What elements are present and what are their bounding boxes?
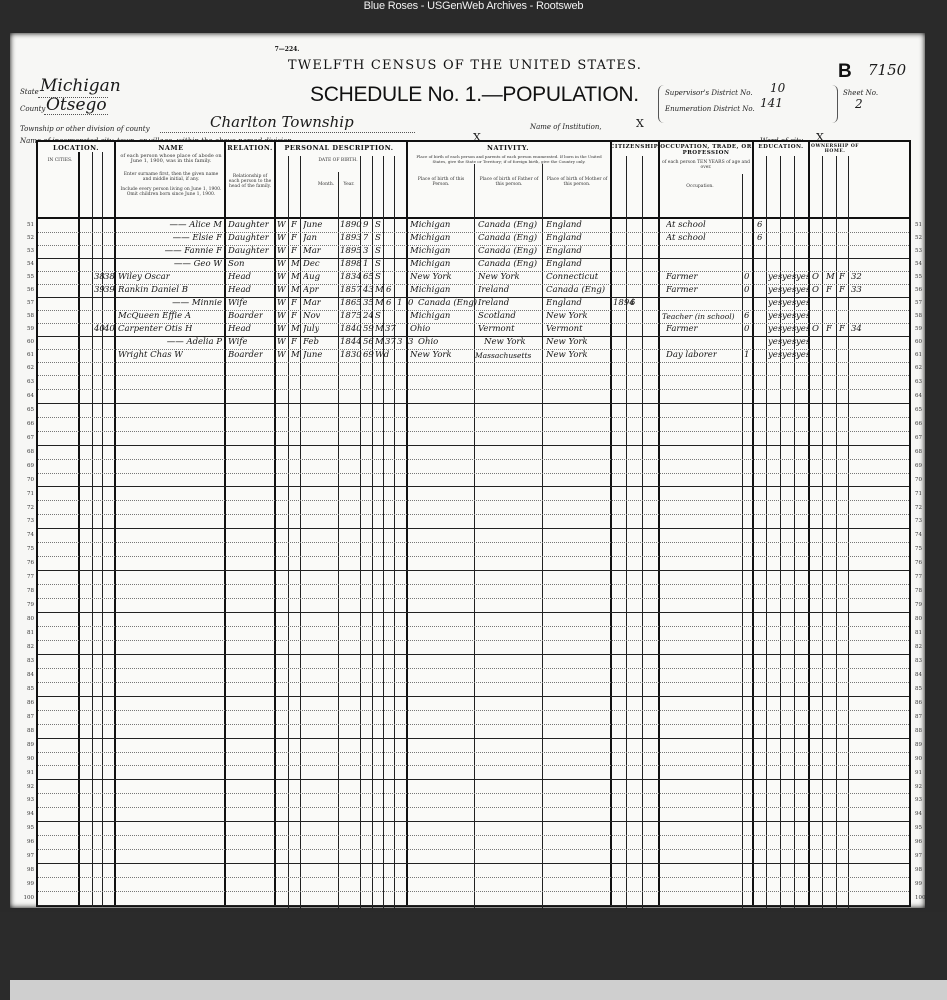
table-row: 9191 [38, 767, 909, 781]
table-row: 6565 [38, 404, 909, 418]
table-row: 5353 —— Fannie F Daughter WF Mar1895 3S … [38, 245, 909, 259]
table-row: 5959 4040 Carpenter Otis H Head WM July1… [38, 323, 909, 337]
enumeration-label: Enumeration District No. [665, 105, 755, 113]
table-row: 5252 —— Elsie F Daughter WF Jan1893 7S M… [38, 232, 909, 246]
table-row: 8686 [38, 697, 909, 711]
table-row: 100100 [38, 892, 909, 906]
enumeration-value: 141 [760, 96, 783, 110]
header-education: EDUCATION. [754, 144, 808, 150]
header-ownership: OWNERSHIP OF HOME. [810, 144, 860, 154]
township-label: Township or other division of county [20, 125, 150, 133]
table-row: 8282 [38, 641, 909, 655]
table-row: 7474 [38, 529, 909, 543]
state-label: State [20, 88, 39, 96]
table-row: 9494 [38, 808, 909, 822]
table-row: 7676 [38, 557, 909, 571]
table-row: 5656 3939 Rankin Daniel B Head WM Apr185… [38, 284, 909, 298]
table-row: 5151 —— Alice M Daughter WF June1890 9S … [38, 219, 909, 233]
table-row: 6060 —— Adelia P Wife WF Feb1844 56M37 3… [38, 336, 909, 350]
table-row: 8080 [38, 613, 909, 627]
table-row: 5757 —— Minnie Wife WF Mar1865 35M6 10 C… [38, 297, 909, 311]
table-row: 9898 [38, 864, 909, 878]
table-row: 7575 [38, 543, 909, 557]
table-row: 9696 [38, 836, 909, 850]
table-row: 8888 [38, 725, 909, 739]
institution-value: X [636, 117, 644, 130]
table-row: 7070 [38, 474, 909, 488]
header-occupation-col: Occupation. [660, 184, 740, 189]
table-row: 6666 [38, 418, 909, 432]
header-birth: DATE OF BIRTH. [315, 158, 361, 163]
header-pob-mother: Place of birth of Mother of this person. [546, 177, 608, 187]
header-name-desc3: Include every person living on June 1, 1… [120, 187, 222, 197]
table-row: 9292 [38, 781, 909, 795]
header-name-desc: of each person whose place of abode on J… [120, 154, 222, 164]
table-row: 6161 Wright Chas W Boarder WM June1830 6… [38, 349, 909, 363]
township-value: Charlton Township [210, 113, 354, 131]
header-pob-father: Place of birth of Father of this person. [478, 177, 540, 187]
header-year: Year. [338, 182, 360, 187]
table-row: 8787 [38, 711, 909, 725]
census-title: TWELFTH CENSUS OF THE UNITED STATES. [265, 58, 665, 73]
institution-label: Name of Institution, [530, 123, 602, 131]
table-row: 6969 [38, 460, 909, 474]
table-row: 9999 [38, 878, 909, 892]
form-number: 7—224. [257, 46, 317, 53]
header-relation-desc: Relationship of each person to the head … [228, 174, 272, 189]
table-row: 8585 [38, 683, 909, 697]
table-row: 7171 [38, 488, 909, 502]
header-occupation: OCCUPATION, TRADE, OR PROFESSION [660, 144, 752, 156]
table-row: 5858 McQueen Effie A Boarder WF Nov1875 … [38, 310, 909, 324]
header-occupation-desc: of each person TEN YEARS of age and over… [660, 160, 752, 170]
sheet-label: Sheet No. [843, 89, 878, 97]
supervisor-value: 10 [770, 81, 785, 95]
table-row: 7979 [38, 599, 909, 613]
header-month: Month. [315, 182, 337, 187]
schedule-title: SCHEDULE No. 1.—POPULATION. [310, 83, 639, 107]
table-row: 9090 [38, 753, 909, 767]
header-in-cities: IN CITIES. [42, 158, 78, 163]
state-value: Michigan [40, 76, 121, 96]
table-row: 6262 [38, 362, 909, 376]
film-next-frame-edge [10, 980, 947, 1000]
archive-banner: Blue Roses - USGenWeb Archives - Rootswe… [0, 0, 947, 14]
table-row: 6868 [38, 446, 909, 460]
header-citizenship: CITIZENSHIP. [610, 144, 658, 150]
population-table: LOCATION. IN CITIES. NAME of each person… [36, 140, 911, 907]
header-name-desc2: Enter surname first, then the given name… [120, 172, 222, 182]
table-row: 7272 [38, 502, 909, 516]
table-row: 8383 [38, 655, 909, 669]
header-pob-person: Place of birth of this Person. [410, 177, 472, 187]
b-mark: B [838, 61, 852, 83]
table-row: 8484 [38, 669, 909, 683]
header-nativity-desc: Place of birth of each person and parent… [410, 154, 608, 164]
table-row: 8989 [38, 739, 909, 753]
table-row: 5454 —— Geo W Son WM Dec1898 1S Michigan… [38, 258, 909, 272]
table-row: 9797 [38, 850, 909, 864]
supervisor-label: Supervisor's District No. [665, 89, 753, 97]
header-name: NAME [116, 144, 226, 152]
county-value: Otsego [46, 95, 107, 115]
header-personal: PERSONAL DESCRIPTION. [274, 144, 404, 152]
table-row: 9595 [38, 822, 909, 836]
table-row: 6363 [38, 376, 909, 390]
header-nativity: NATIVITY. [408, 144, 608, 152]
table-row: 5555 3838 Wiley Oscar Head WM Aug1834 65… [38, 271, 909, 285]
table-row: 6767 [38, 432, 909, 446]
table-row: 7878 [38, 585, 909, 599]
county-label: County [20, 105, 45, 113]
table-row: 7373 [38, 515, 909, 529]
table-row: 6464 [38, 390, 909, 404]
header-relation: RELATION. [226, 144, 274, 152]
table-row: 9393 [38, 794, 909, 808]
table-row: 7777 [38, 571, 909, 585]
table-row: 8181 [38, 627, 909, 641]
header-location: LOCATION. [42, 144, 110, 152]
b-number: 7150 [868, 61, 906, 79]
sheet-value: 2 [855, 97, 863, 111]
